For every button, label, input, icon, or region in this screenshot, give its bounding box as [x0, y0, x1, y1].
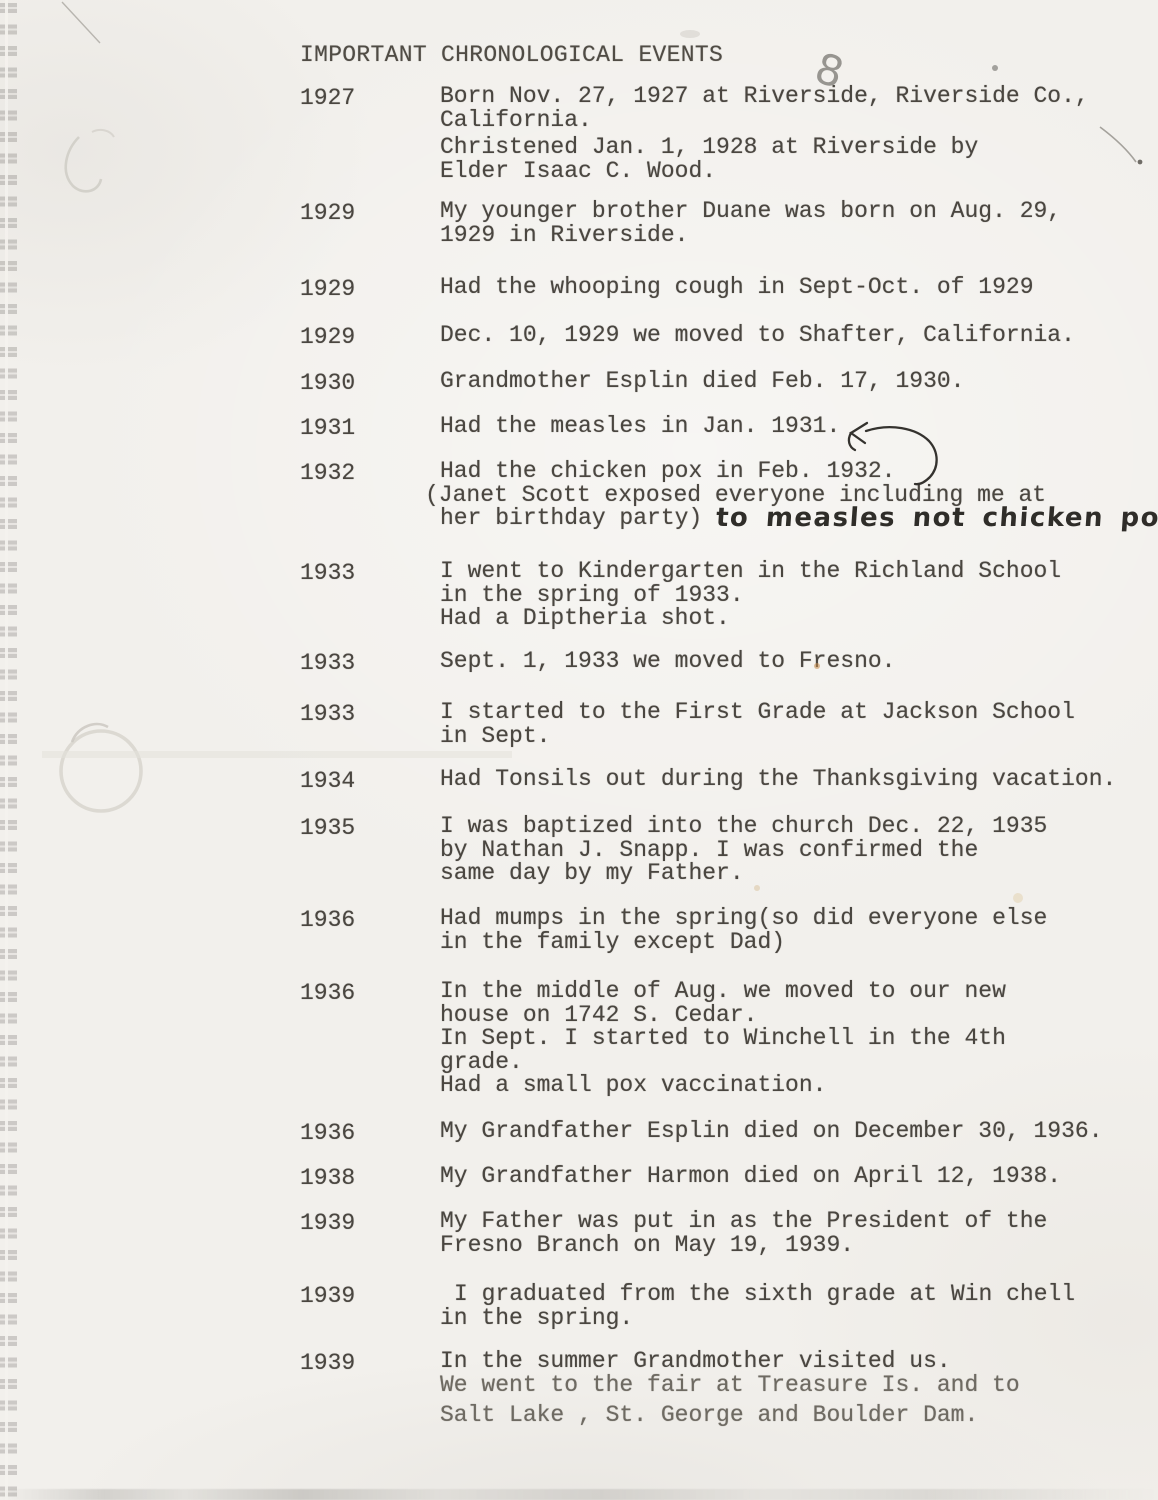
page-title: IMPORTANT CHRONOLOGICAL EVENTS	[300, 42, 723, 68]
entry-year: 1927	[300, 85, 355, 111]
timeline-entry: 1930 Grandmother Esplin died Feb. 17, 19…	[0, 370, 1158, 394]
entry-desc: In the summer Grandmother visited us.We …	[440, 1350, 1158, 1428]
entry-desc: Had Tonsils out during the Thanksgiving …	[440, 768, 1158, 792]
entry-year: 1933	[300, 701, 355, 727]
crease-streak	[42, 751, 512, 758]
entry-line: Had a Diptheria shot.	[440, 607, 1158, 631]
entry-year: 1930	[300, 370, 355, 396]
entry-line: her birthday party) to measles not chick…	[440, 507, 1158, 531]
entry-desc: I started to the First Grade at Jackson …	[440, 701, 1158, 748]
crease-line	[62, 2, 100, 43]
entry-year: 1932	[300, 460, 355, 486]
timeline-entry: 1927 Born Nov. 27, 1927 at Riverside, Ri…	[0, 85, 1158, 183]
entry-desc: I went to Kindergarten in the Richland S…	[440, 560, 1158, 631]
entry-line: Had the chicken pox in Feb. 1932.	[440, 460, 1158, 484]
entry-line: My Grandfather Esplin died on December 3…	[440, 1120, 1158, 1144]
timeline-entry: 1939 I graduated from the sixth grade at…	[0, 1283, 1158, 1330]
entry-year: 1938	[300, 1165, 355, 1191]
entry-line: Elder Isaac C. Wood.	[440, 160, 1158, 184]
entry-desc: In the middle of Aug. we moved to our ne…	[440, 980, 1158, 1098]
entry-line: In Sept. I started to Winchell in the 4t…	[440, 1027, 1158, 1051]
entry-line: same day by my Father.	[440, 862, 1158, 886]
entry-line: My younger brother Duane was born on Aug…	[440, 200, 1158, 224]
timeline-entry: 1936 In the middle of Aug. we moved to o…	[0, 980, 1158, 1098]
entry-line: Had the measles in Jan. 1931.	[440, 415, 1158, 439]
entry-desc: Dec. 10, 1929 we moved to Shafter, Calif…	[440, 324, 1158, 348]
entry-desc: My Grandfather Esplin died on December 3…	[440, 1120, 1158, 1144]
bottom-scan-edge	[0, 1489, 1158, 1500]
entry-year: 1934	[300, 768, 355, 794]
entry-line: Salt Lake , St. George and Boulder Dam.	[440, 1404, 1158, 1428]
entry-year: 1929	[300, 324, 355, 350]
entry-line: in the spring of 1933.	[440, 584, 1158, 608]
entry-year: 1936	[300, 1120, 355, 1146]
entry-year: 1936	[300, 907, 355, 933]
entry-line: 1929 in Riverside.	[440, 224, 1158, 248]
pencil-dot	[992, 65, 998, 71]
entry-year: 1935	[300, 815, 355, 841]
timeline-entry: 1939 My Father was put in as the Preside…	[0, 1210, 1158, 1257]
timeline-entry: 1934 Had Tonsils out during the Thanksgi…	[0, 768, 1158, 792]
timeline-entry: 1929 My younger brother Duane was born o…	[0, 200, 1158, 247]
timeline-entry: 1933 I started to the First Grade at Jac…	[0, 701, 1158, 748]
entry-line: grade.	[440, 1051, 1158, 1075]
handwritten-correction: to measles not chicken pox	[715, 507, 1158, 531]
entry-line: Fresno Branch on May 19, 1939.	[440, 1234, 1158, 1258]
entry-year: 1929	[300, 276, 355, 302]
entry-line: My Father was put in as the President of…	[440, 1210, 1158, 1234]
entry-line: Christened Jan. 1, 1928 at Riverside by	[440, 136, 1158, 160]
timeline-entry: 1931 Had the measles in Jan. 1931.	[0, 415, 1158, 439]
entry-line: My Grandfather Harmon died on April 12, …	[440, 1165, 1158, 1189]
entry-year: 1939	[300, 1350, 355, 1376]
timeline-entry: 1935 I was baptized into the church Dec.…	[0, 815, 1158, 886]
timeline-entry: 1929 Had the whooping cough in Sept-Oct.…	[0, 276, 1158, 300]
entry-desc: My younger brother Duane was born on Aug…	[440, 200, 1158, 247]
entry-line: Had the whooping cough in Sept-Oct. of 1…	[440, 276, 1158, 300]
entry-line: Had Tonsils out during the Thanksgiving …	[440, 768, 1158, 792]
entry-line: by Nathan J. Snapp. I was confirmed the	[440, 839, 1158, 863]
timeline-entry: 1933 Sept. 1, 1933 we moved to Fresno.	[0, 650, 1158, 674]
entry-desc: Had the chicken pox in Feb. 1932.(Janet …	[440, 460, 1158, 531]
timeline-entry: 1929 Dec. 10, 1929 we moved to Shafter, …	[0, 324, 1158, 348]
entry-line: Dec. 10, 1929 we moved to Shafter, Calif…	[440, 324, 1158, 348]
entry-desc: Born Nov. 27, 1927 at Riverside, Riversi…	[440, 85, 1158, 183]
smudge-mark	[680, 30, 700, 38]
entry-year: 1931	[300, 415, 355, 441]
entry-line: in the family except Dad)	[440, 931, 1158, 955]
scanned-document-page: IMPORTANT CHRONOLOGICAL EVENTS 8 1927 Bo…	[0, 0, 1158, 1500]
entry-desc: Had the measles in Jan. 1931.	[440, 415, 1158, 439]
entry-desc: My Father was put in as the President of…	[440, 1210, 1158, 1257]
entry-line: Born Nov. 27, 1927 at Riverside, Riversi…	[440, 85, 1158, 109]
entry-line: Had a small pox vaccination.	[440, 1074, 1158, 1098]
entry-year: 1936	[300, 980, 355, 1006]
entry-line: I started to the First Grade at Jackson …	[440, 701, 1158, 725]
timeline-entry: 1933 I went to Kindergarten in the Richl…	[0, 560, 1158, 631]
entry-year: 1933	[300, 560, 355, 586]
entry-year: 1929	[300, 200, 355, 226]
entry-line: house on 1742 S. Cedar.	[440, 1004, 1158, 1028]
entry-line: in the spring.	[440, 1307, 1158, 1331]
entry-line: In the summer Grandmother visited us.	[440, 1350, 1158, 1374]
entry-desc: Grandmother Esplin died Feb. 17, 1930.	[440, 370, 1158, 394]
entry-line: Sept. 1, 1933 we moved to Fresno.	[440, 650, 1158, 674]
timeline-entry: 1938 My Grandfather Harmon died on April…	[0, 1165, 1158, 1189]
entry-desc: I graduated from the sixth grade at Win …	[440, 1283, 1158, 1330]
entry-year: 1939	[300, 1283, 355, 1309]
stain-fleck	[1013, 893, 1023, 903]
entry-desc: I was baptized into the church Dec. 22, …	[440, 815, 1158, 886]
entry-year: 1933	[300, 650, 355, 676]
entry-line: Grandmother Esplin died Feb. 17, 1930.	[440, 370, 1158, 394]
entry-line: Had mumps in the spring(so did everyone …	[440, 907, 1158, 931]
entry-year: 1939	[300, 1210, 355, 1236]
timeline-entry: 1936 Had mumps in the spring(so did ever…	[0, 907, 1158, 954]
entry-line: in Sept.	[440, 725, 1158, 749]
entry-line: In the middle of Aug. we moved to our ne…	[440, 980, 1158, 1004]
timeline-entry: 1932 Had the chicken pox in Feb. 1932.(J…	[0, 460, 1158, 531]
entry-desc: Had mumps in the spring(so did everyone …	[440, 907, 1158, 954]
entry-line: We went to the fair at Treasure Is. and …	[440, 1374, 1158, 1398]
timeline-entry: 1936 My Grandfather Esplin died on Decem…	[0, 1120, 1158, 1144]
entry-desc: Sept. 1, 1933 we moved to Fresno.	[440, 650, 1158, 674]
entry-line: I was baptized into the church Dec. 22, …	[440, 815, 1158, 839]
entry-line: I graduated from the sixth grade at Win …	[454, 1283, 1158, 1307]
stain-fleck	[754, 885, 760, 891]
entry-line: California.	[440, 109, 1158, 133]
entry-desc: Had the whooping cough in Sept-Oct. of 1…	[440, 276, 1158, 300]
timeline-entry: 1939 In the summer Grandmother visited u…	[0, 1350, 1158, 1428]
entry-desc: My Grandfather Harmon died on April 12, …	[440, 1165, 1158, 1189]
entry-line: I went to Kindergarten in the Richland S…	[440, 560, 1158, 584]
